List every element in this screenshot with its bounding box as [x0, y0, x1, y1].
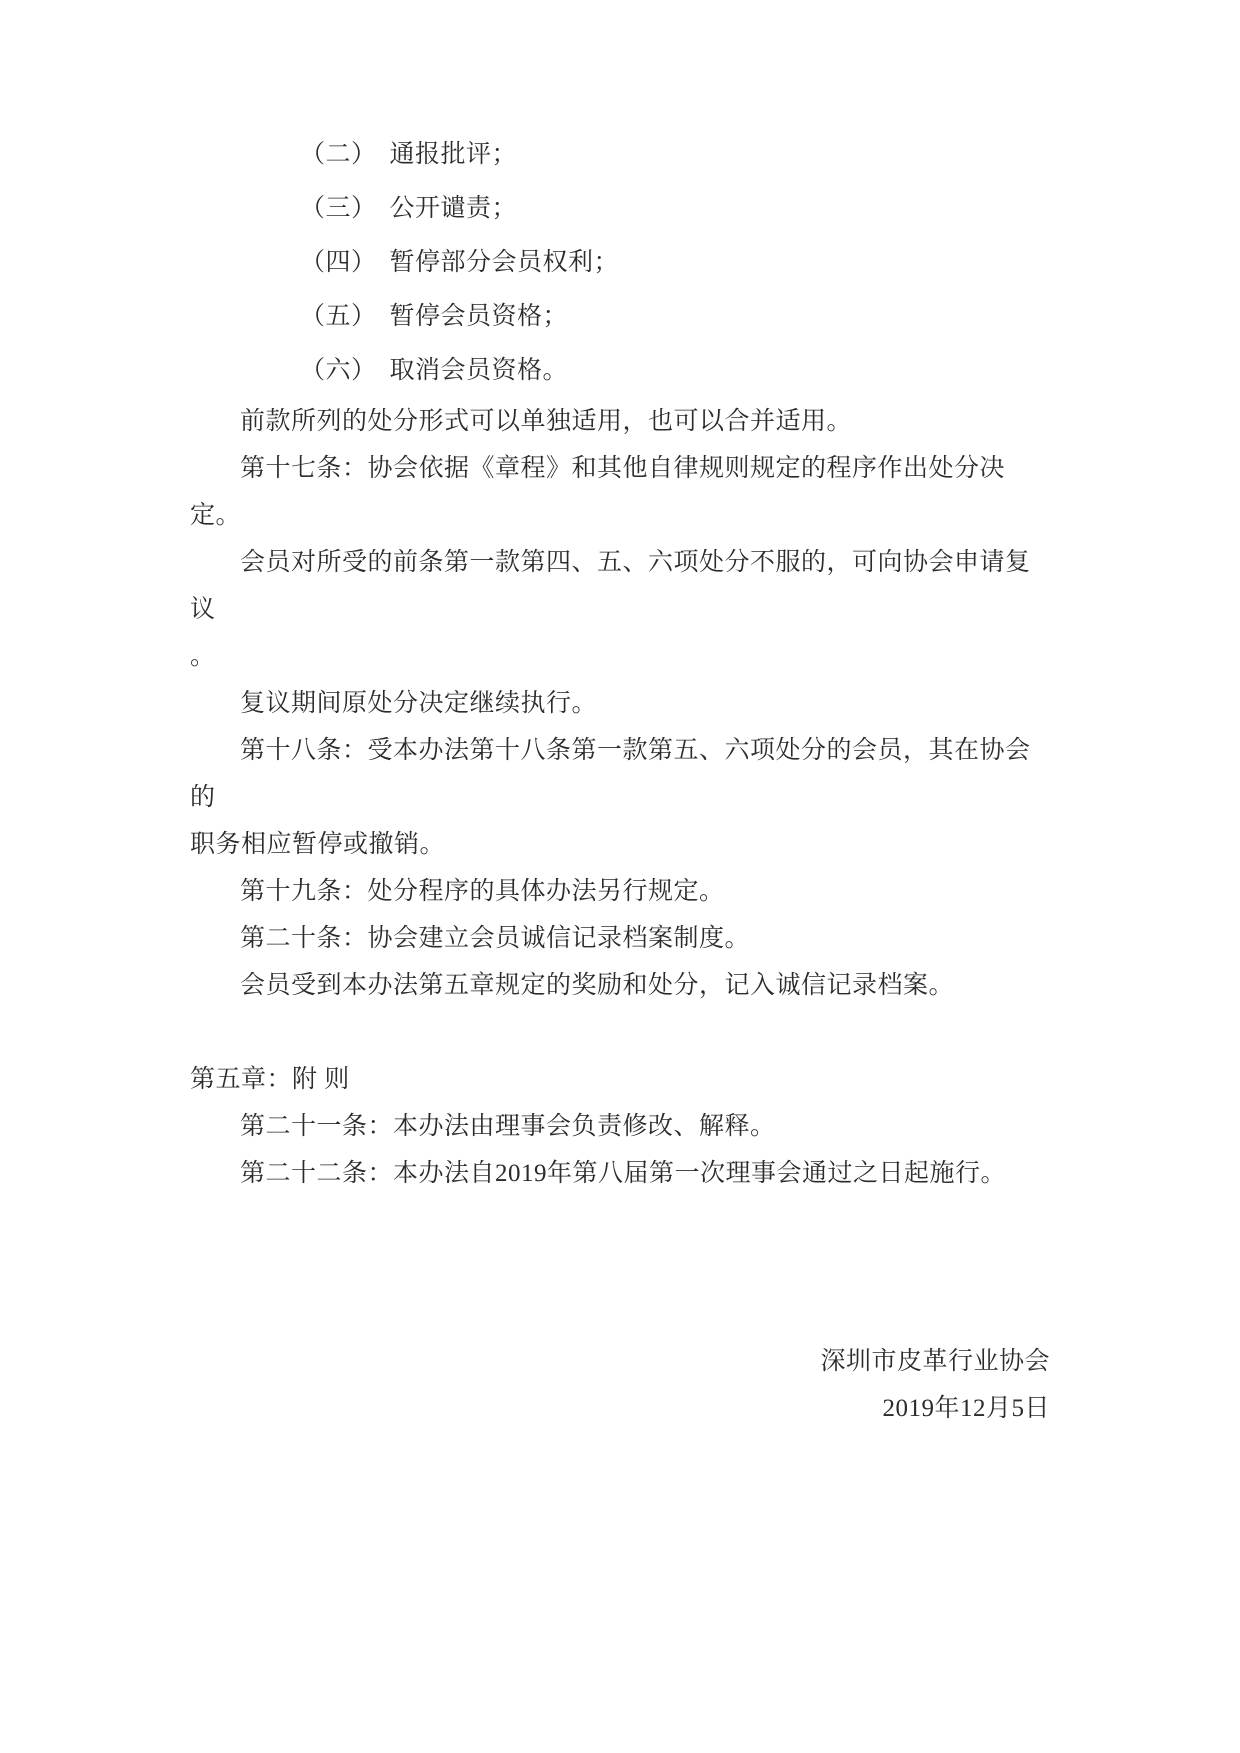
para-credit-record: 会员受到本办法第五章规定的奖励和处分，记入诚信记录档案。 [190, 962, 1050, 1009]
penalty-item-5: （五） 暂停会员资格； [190, 290, 1050, 344]
penalty-item-2: （二） 通报批评； [190, 128, 1050, 182]
signature-date: 2019年12月5日 [190, 1385, 1050, 1432]
wrapped-period-line: 。 [190, 633, 1050, 680]
blank-space [190, 1197, 1050, 1338]
article-17-appeal-line: 会员对所受的前条第一款第四、五、六项处分不服的，可向协会申请复议 [190, 539, 1050, 633]
document-page: （二） 通报批评； （三） 公开谴责； （四） 暂停部分会员权利； （五） 暂停… [0, 0, 1240, 1753]
chapter-5-heading: 第五章：附 则 [190, 1056, 1050, 1103]
article-22: 第二十二条：本办法自2019年第八届第一次理事会通过之日起施行。 [190, 1150, 1050, 1197]
article-19: 第十九条：处分程序的具体办法另行规定。 [190, 868, 1050, 915]
para-single-or-combined: 前款所列的处分形式可以单独适用，也可以合并适用。 [190, 398, 1050, 445]
penalty-item-4: （四） 暂停部分会员权利； [190, 236, 1050, 290]
article-17: 第十七条：协会依据《章程》和其他自律规则规定的程序作出处分决定。 [190, 445, 1050, 539]
article-18-line-2: 职务相应暂停或撤销。 [190, 821, 1050, 868]
signature-organization: 深圳市皮革行业协会 [190, 1338, 1050, 1385]
article-20: 第二十条：协会建立会员诚信记录档案制度。 [190, 915, 1050, 962]
blank-line [190, 1009, 1050, 1056]
penalty-item-3: （三） 公开谴责； [190, 182, 1050, 236]
penalty-item-6: （六） 取消会员资格。 [190, 344, 1050, 398]
article-21: 第二十一条：本办法由理事会负责修改、解释。 [190, 1103, 1050, 1150]
para-review-period: 复议期间原处分决定继续执行。 [190, 680, 1050, 727]
article-18-line-1: 第十八条：受本办法第十八条第一款第五、六项处分的会员，其在协会的 [190, 727, 1050, 821]
